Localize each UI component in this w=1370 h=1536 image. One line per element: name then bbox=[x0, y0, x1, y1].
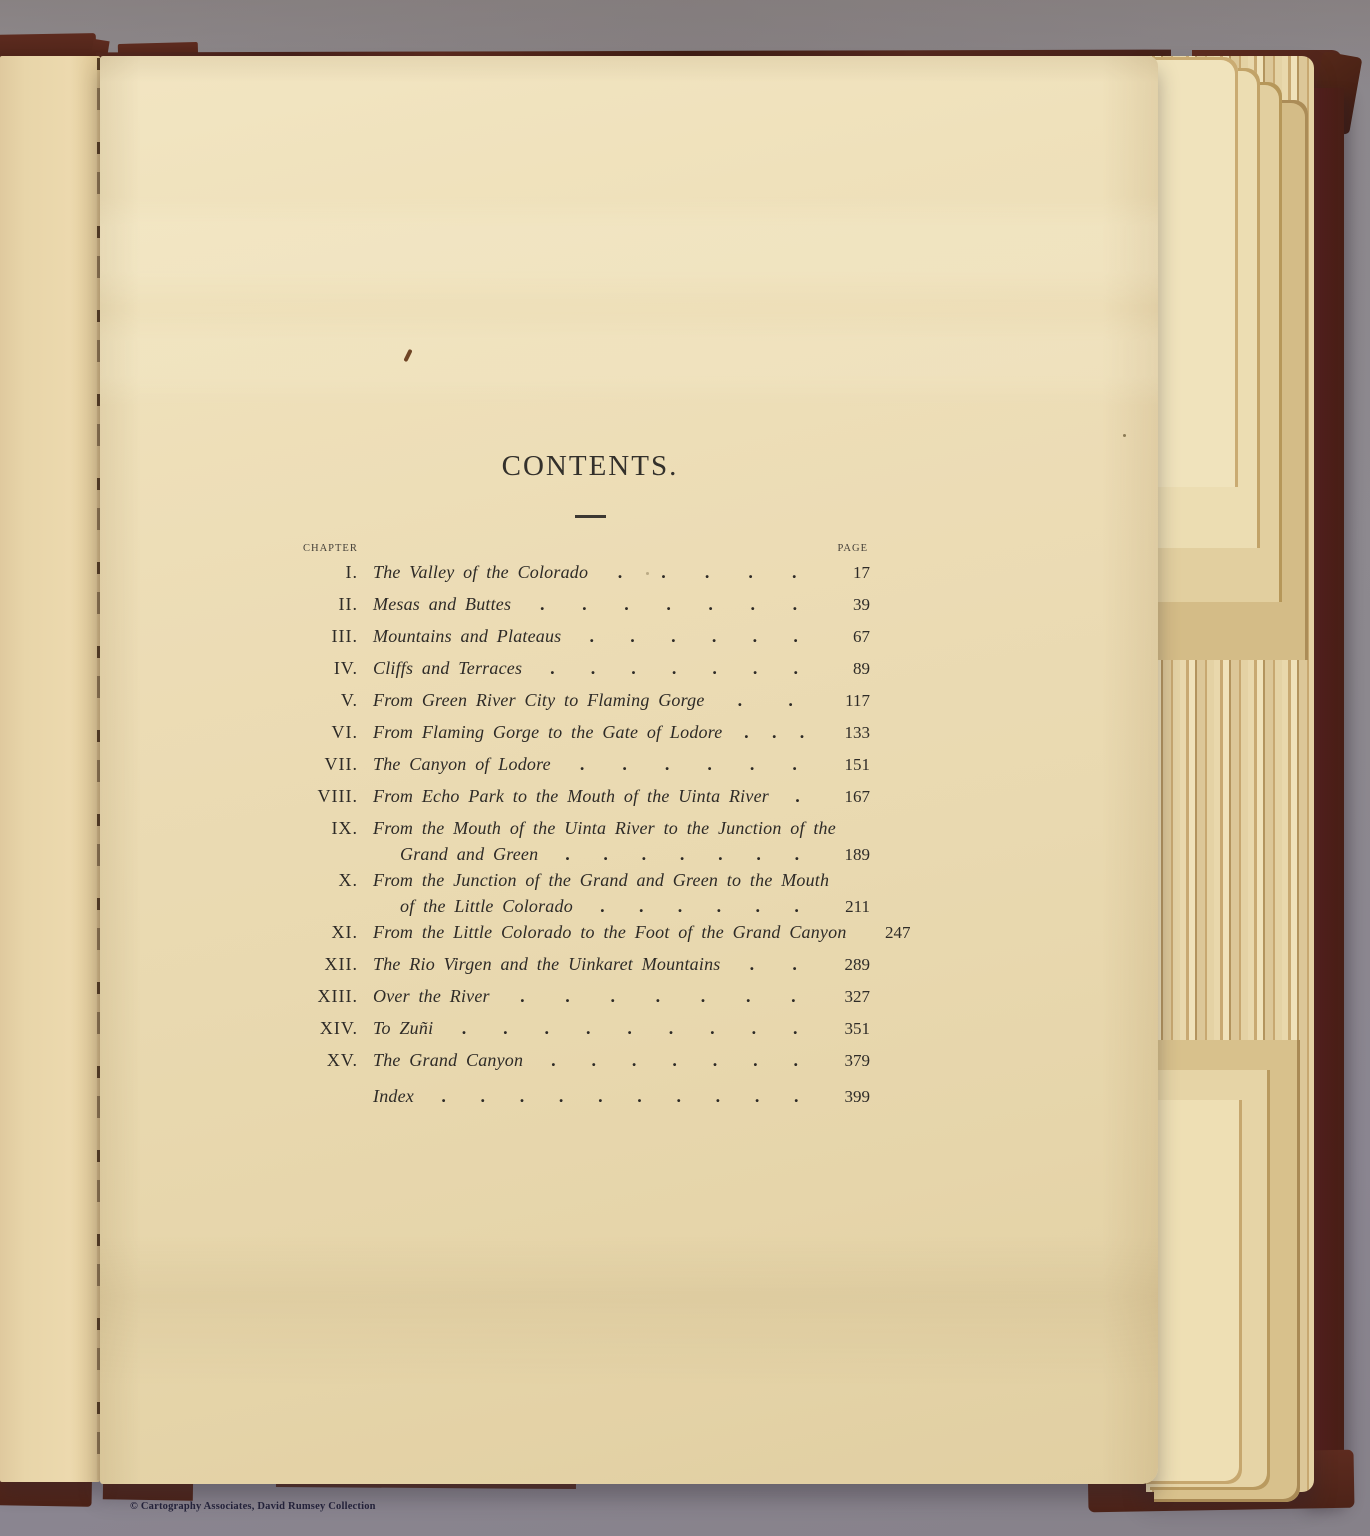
leader-dots: . bbox=[769, 787, 826, 805]
toc-row-index: Index .......... 399 bbox=[290, 1086, 870, 1118]
column-header-page: PAGE bbox=[780, 543, 868, 554]
toc-entry-title: From the Mouth of the Uinta River to the… bbox=[373, 818, 836, 839]
leader-dots: .. bbox=[705, 691, 826, 709]
book-scan: CONTENTS. CHAPTER PAGE I. The Valley of … bbox=[0, 0, 1370, 1536]
toc-row: VII. The Canyon of Lodore ...... 151 bbox=[290, 754, 870, 786]
toc-entry-page: 211 bbox=[826, 897, 870, 917]
toc-entry-page: 39 bbox=[826, 595, 870, 615]
toc-entry-number: V. bbox=[290, 690, 358, 711]
toc-row: XI. From the Little Colorado to the Foot… bbox=[290, 922, 870, 954]
toc-row-wrapped: X. From the Junction of the Grand and Gr… bbox=[290, 870, 870, 922]
leader-dots: ....... bbox=[538, 845, 826, 863]
toc-row-wrapped: IX. From the Mouth of the Uinta River to… bbox=[290, 818, 870, 870]
toc-entry-number: IX. bbox=[290, 818, 358, 839]
page-corner-fan bbox=[1146, 57, 1238, 487]
toc-entry-page: 289 bbox=[826, 955, 870, 975]
toc-entry-number: I. bbox=[290, 562, 358, 583]
toc-entry-number: XIII. bbox=[290, 986, 358, 1007]
toc-entry-title: The Valley of the Colorado bbox=[373, 562, 588, 583]
leader-dots: ...... bbox=[551, 755, 826, 773]
toc-row: VIII. From Echo Park to the Mouth of the… bbox=[290, 786, 870, 818]
toc-entry-title: From Flaming Gorge to the Gate of Lodore bbox=[373, 722, 722, 743]
toc-entry-title: The Grand Canyon bbox=[373, 1050, 523, 1071]
leader-dots: .. bbox=[721, 955, 827, 973]
toc-entry-title: Index bbox=[373, 1086, 414, 1107]
toc-entry-title: From the Little Colorado to the Foot of … bbox=[373, 922, 847, 943]
page-corner-fan-bottom bbox=[1146, 1100, 1242, 1484]
toc-entry-title: Cliffs and Terraces bbox=[373, 658, 522, 679]
toc-entry-number: XIV. bbox=[290, 1018, 358, 1039]
toc-row: XV. The Grand Canyon ....... 379 bbox=[290, 1050, 870, 1082]
toc-entry-page: 247 bbox=[867, 923, 911, 943]
toc-entry-title: From Green River City to Flaming Gorge bbox=[373, 690, 705, 711]
toc-entry-page: 17 bbox=[826, 563, 870, 583]
toc-entry-number: III. bbox=[290, 626, 358, 647]
leader-dots: ....... bbox=[523, 1051, 826, 1069]
toc-entry-number: XI. bbox=[290, 922, 358, 943]
toc-row: IV. Cliffs and Terraces ....... 89 bbox=[290, 658, 870, 690]
toc-entry-page: 167 bbox=[826, 787, 870, 807]
toc-entry-page: 189 bbox=[826, 845, 870, 865]
toc-entry-title: The Canyon of Lodore bbox=[373, 754, 551, 775]
toc-entry-page: 67 bbox=[826, 627, 870, 647]
toc-entry-page: 133 bbox=[826, 723, 870, 743]
toc-entry-page: 117 bbox=[826, 691, 870, 711]
leader-dots: ..... bbox=[588, 563, 826, 581]
toc-entry-number: VIII. bbox=[290, 786, 358, 807]
toc-entry-title: Mountains and Plateaus bbox=[373, 626, 561, 647]
toc-row: VI. From Flaming Gorge to the Gate of Lo… bbox=[290, 722, 870, 754]
toc-entry-number: IV. bbox=[290, 658, 358, 679]
leader-dots: ...... bbox=[573, 897, 826, 915]
leader-dots: .......... bbox=[414, 1087, 826, 1105]
leader-dots: ... bbox=[722, 723, 826, 741]
toc-entry-number: XII. bbox=[290, 954, 358, 975]
leader-dots: ....... bbox=[522, 659, 826, 677]
leader-dots: ....... bbox=[490, 987, 826, 1005]
toc-row: XIII. Over the River ....... 327 bbox=[290, 986, 870, 1018]
toc-entry-title: Over the River bbox=[373, 986, 490, 1007]
toc-entry-page: 151 bbox=[826, 755, 870, 775]
page-title: CONTENTS. bbox=[300, 450, 880, 483]
gutter-leaf bbox=[0, 56, 100, 1482]
toc-row: XII. The Rio Virgen and the Uinkaret Mou… bbox=[290, 954, 870, 986]
toc-entry-number: XV. bbox=[290, 1050, 358, 1071]
toc-entry-title: From the Junction of the Grand and Green… bbox=[373, 870, 829, 891]
toc-entry-page: 379 bbox=[826, 1051, 870, 1071]
table-of-contents: I. The Valley of the Colorado ..... 17 I… bbox=[290, 562, 870, 1118]
toc-row: XIV. To Zuñi ......... 351 bbox=[290, 1018, 870, 1050]
leader-dots: ......... bbox=[433, 1019, 826, 1037]
toc-entry-title: To Zuñi bbox=[373, 1018, 433, 1039]
paper-speck bbox=[1123, 434, 1126, 437]
toc-entry-title: Mesas and Buttes bbox=[373, 594, 511, 615]
toc-row: V. From Green River City to Flaming Gorg… bbox=[290, 690, 870, 722]
column-header-chapter: CHAPTER bbox=[303, 543, 358, 554]
toc-entry-title-continued: Grand and Green bbox=[400, 844, 538, 865]
toc-entry-number: VII. bbox=[290, 754, 358, 775]
toc-entry-number: X. bbox=[290, 870, 358, 891]
toc-entry-number: VI. bbox=[290, 722, 358, 743]
leader-dots: ....... bbox=[511, 595, 826, 613]
toc-row: I. The Valley of the Colorado ..... 17 bbox=[290, 562, 870, 594]
toc-entry-page: 351 bbox=[826, 1019, 870, 1039]
toc-entry-title: From Echo Park to the Mouth of the Uinta… bbox=[373, 786, 769, 807]
toc-entry-page: 399 bbox=[826, 1087, 870, 1107]
toc-entry-title-continued: of the Little Colorado bbox=[400, 896, 573, 917]
leader-dots: ...... bbox=[561, 627, 826, 645]
toc-entry-page: 89 bbox=[826, 659, 870, 679]
toc-entry-page: 327 bbox=[826, 987, 870, 1007]
toc-row: III. Mountains and Plateaus ...... 67 bbox=[290, 626, 870, 658]
copyright-watermark: © Cartography Associates, David Rumsey C… bbox=[130, 1501, 376, 1512]
title-rule bbox=[575, 515, 606, 518]
toc-row: II. Mesas and Buttes ....... 39 bbox=[290, 594, 870, 626]
toc-entry-title: The Rio Virgen and the Uinkaret Mountain… bbox=[373, 954, 721, 975]
toc-entry-number: II. bbox=[290, 594, 358, 615]
